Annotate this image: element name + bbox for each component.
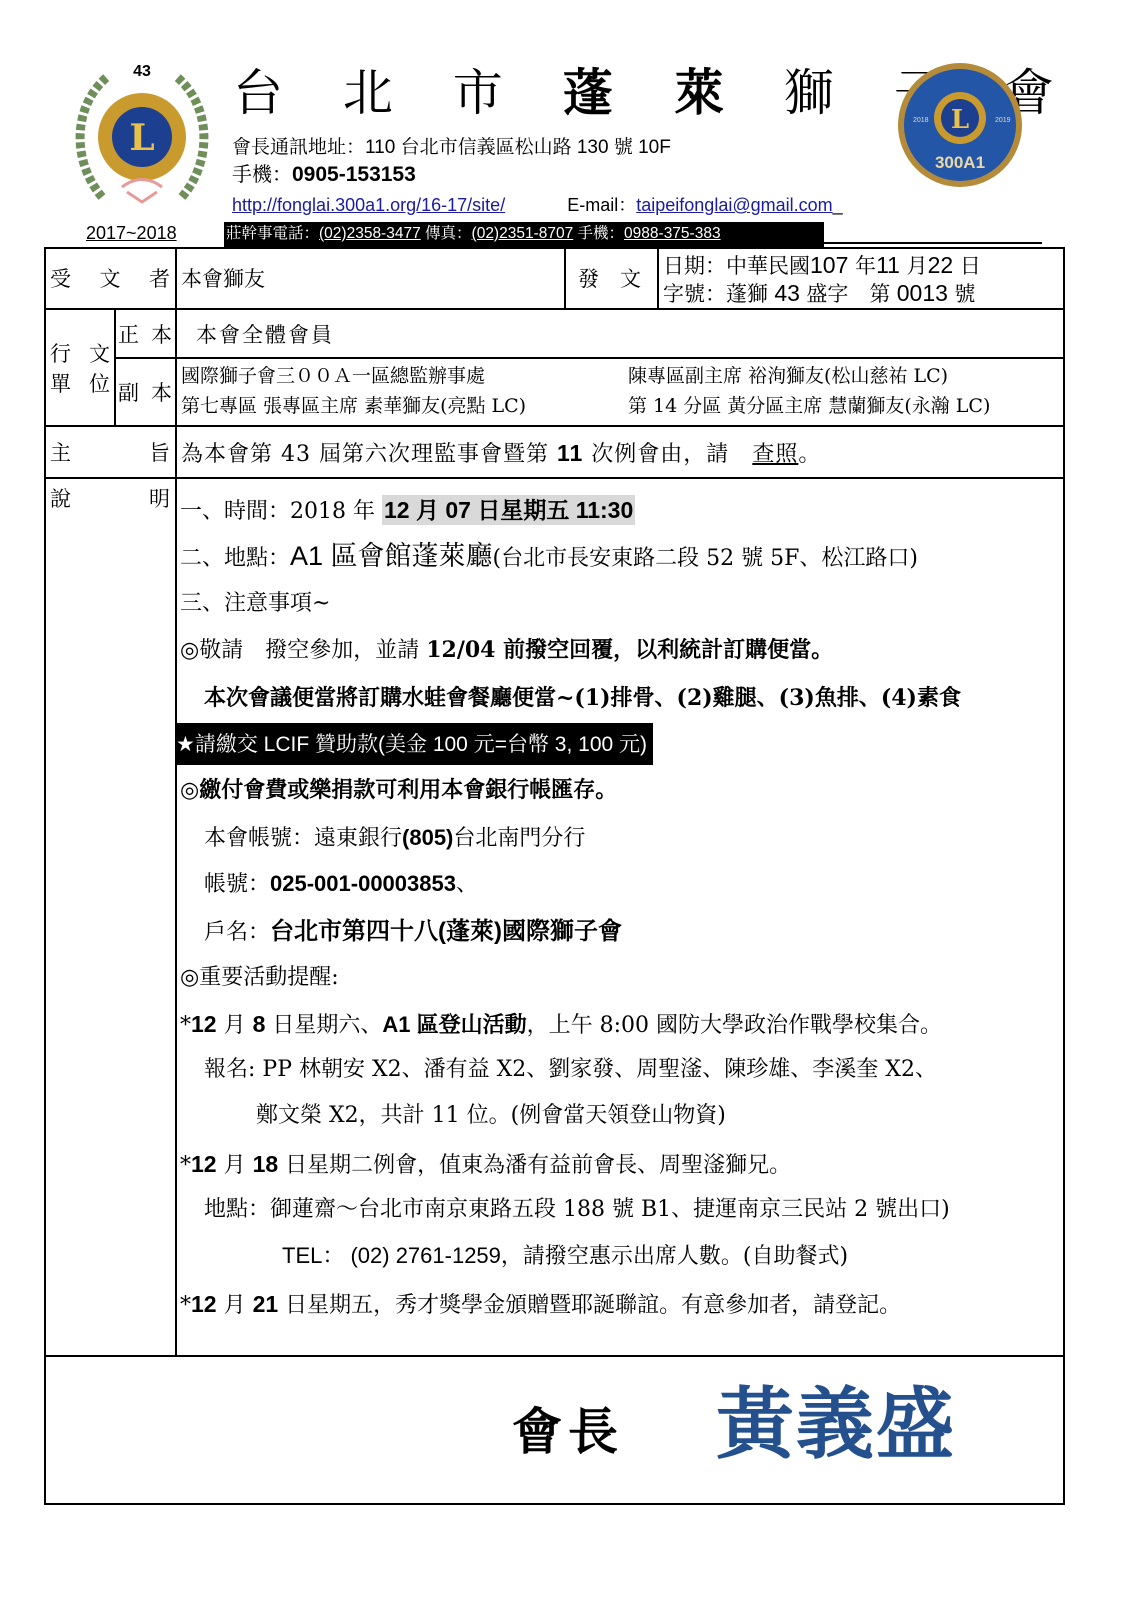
original-copy-value: 本會全體會員 <box>196 321 334 349</box>
cc-item: 國際獅子會三００Ａ一區總監辦事處 <box>181 365 485 387</box>
hiking-signup-total: 鄭文榮 X2，共計 11 位。(例會當天領登山物資) <box>256 1101 726 1131</box>
regular-meeting-phone: TEL： (02) 2761-1259，請撥空惠示出席人數。(自助餐式) <box>282 1241 848 1272</box>
svg-text:L: L <box>951 105 969 135</box>
email-label: E-mail： <box>567 195 636 215</box>
issue-ref-number: 字號：蓬獅 43 盛字 第 0013 號 <box>663 279 975 308</box>
col-divider <box>175 249 177 1355</box>
meeting-place: 二、地點：A1 區會館蓬萊廳(台北市長安東路二段 52 號 5F、松江路口) <box>180 541 918 574</box>
rsvp-note: ◎敬請 撥空參加，並請 12/04 前撥空回覆，以利統計訂購便當。 <box>180 635 833 666</box>
col-divider <box>114 308 116 425</box>
website-link[interactable]: http://fonglai.300a1.org/16-17/site/ <box>232 195 505 215</box>
hiking-signup-list: 報名: PP 林朝安 X2、潘有益 X2、劉家發、周聖滏、陳珍雄、李溪奎 X2、 <box>204 1055 937 1085</box>
bank-name: 本會帳號：遠東銀行(805)台北南門分行 <box>204 823 585 854</box>
issue-label: 發 文 <box>578 265 641 293</box>
description-label: 說明 <box>50 485 170 513</box>
regular-meeting-venue: 地點：御蓮齋～台北市南京東路五段 188 號 B1、捷運南京三民站 2 號出口) <box>204 1195 950 1225</box>
term-years: 2017~2018 <box>86 222 177 244</box>
col-divider <box>564 249 566 308</box>
col-divider <box>657 249 659 308</box>
district-300a1-logo: L 300A1 2018 2019 <box>895 60 1025 190</box>
lcif-donation-note: ★請繳交 LCIF 贊助款(美金 100 元=台幣 3, 100 元) <box>176 723 653 763</box>
payment-note: ◎繳付會費或樂捐款可利用本會銀行帳匯存。 <box>180 775 617 805</box>
president-signature-name: 黃義盛 <box>716 1362 956 1474</box>
row-divider <box>114 357 1063 359</box>
web-contact-line: http://fonglai.300a1.org/16-17/site/ E-m… <box>232 194 992 216</box>
account-number: 帳號：025-001-00003853、 <box>204 869 478 900</box>
cc-list: 國際獅子會三００Ａ一區總監辦事處 陳專區副主席 裕洵獅友(松山慈祐 LC) 第七… <box>181 361 1059 421</box>
lions-300a1-badge-logo-icon: L 300A1 2018 2019 <box>895 60 1025 190</box>
subject-text: 為本會第 43 屆第六次理監事會暨第 11 次例會由，請 查照。 <box>181 439 821 469</box>
cc-item: 第 14 分區 黃分區主席 慧蘭獅友(永瀚 LC) <box>628 391 990 421</box>
svg-text:2019: 2019 <box>995 117 1011 124</box>
svg-text:300A1: 300A1 <box>935 153 985 172</box>
row-divider <box>46 425 1063 427</box>
svg-text:L: L <box>129 117 154 159</box>
email-link[interactable]: taipeifonglai@gmail.com <box>636 195 832 215</box>
cc-label: 副本 <box>118 379 172 407</box>
svg-text:2018: 2018 <box>913 117 929 124</box>
row-divider <box>46 308 1063 310</box>
official-letter-table: 受文者 本會獅友 發 文 日期：中華民國107 年11 月22 日 字號：蓬獅 … <box>44 247 1065 1505</box>
president-title: 會長 <box>512 1392 624 1464</box>
notes-heading: 三、注意事項~ <box>180 589 330 619</box>
recipient-value: 本會獅友 <box>181 265 265 293</box>
header-rule <box>822 242 1042 244</box>
event-hiking: *12 月 8 日星期六、A1 區登山活動，上午 8:00 國防大學政治作戰學校… <box>180 1009 942 1041</box>
original-copy-label: 正本 <box>118 321 172 349</box>
account-holder: 戶名：台北市第四十八(蓬萊)國際獅子會 <box>204 917 622 948</box>
distribution-unit-label: 行文 單位 <box>50 339 110 399</box>
president-mobile: 手機：0905-153153 <box>232 162 416 188</box>
lions-club-43-wreath-logo-icon: L 43 <box>72 62 212 212</box>
row-divider <box>46 1355 1063 1357</box>
president-address: 會長通訊地址：110 台北市信義區松山路 130 號 10F <box>232 136 671 160</box>
reminder-heading: ◎重要活動提醒: <box>180 963 339 993</box>
svg-text:43: 43 <box>133 63 151 80</box>
row-divider <box>46 477 1063 479</box>
recipient-label: 受文者 <box>50 265 170 293</box>
lunch-note: 本次會議便當將訂購水蛙會餐廳便當~(1)排骨、(2)雞腿、(3)魚排、(4)素食 <box>204 683 961 713</box>
cc-item: 第七專區 張專區主席 素華獅友(亮點 LC) <box>181 395 526 417</box>
event-regular-meeting: *12 月 18 日星期二例會，值東為潘有益前會長、周聖滏獅兄。 <box>180 1149 791 1181</box>
event-scholarship-christmas: *12 月 21 日星期五，秀才獎學金頒贈暨耶誕聯誼。有意參加者，請登記。 <box>180 1289 901 1321</box>
lions-43-logo: L 43 <box>72 62 212 212</box>
secretary-contact-bar: 莊幹事電話：(02)2358-3477 傳真：(02)2351-8707 手機：… <box>224 222 824 248</box>
meeting-time: 一、時間：2018 年 12 月 07 日星期五 11:30 <box>180 495 635 527</box>
cc-item: 陳專區副主席 裕洵獅友(松山慈祐 LC) <box>628 361 948 391</box>
issue-date: 日期：中華民國107 年11 月22 日 <box>663 251 981 280</box>
subject-label: 主旨 <box>50 439 170 467</box>
